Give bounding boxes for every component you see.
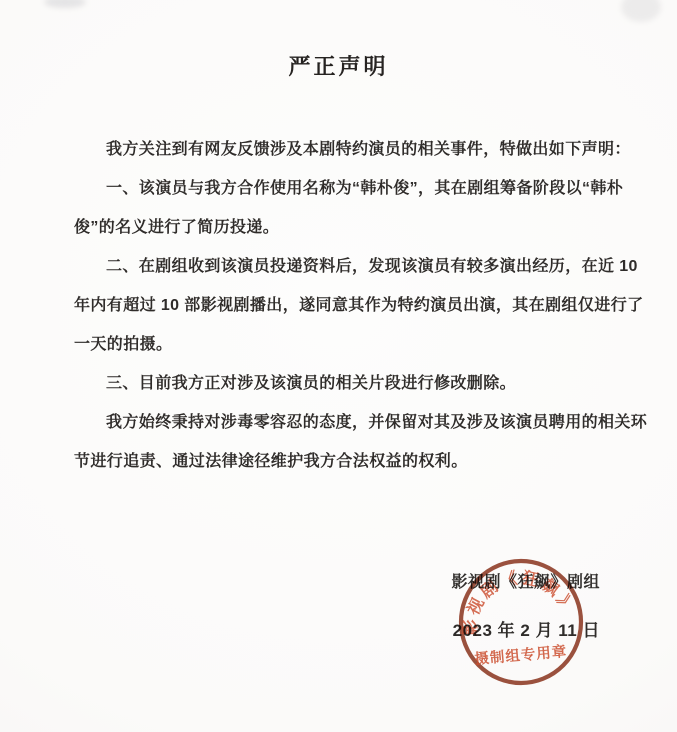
body-line-closing-a: 我方始终秉持对涉毒零容忍的态度，并保留对其及涉及该演员聘用的相关环 [74, 401, 614, 440]
body-line-point1-b: 俊”的名义进行了简历投递。 [74, 206, 614, 245]
body-line-point2-b: 年内有超过 10 部影视剧播出，遂同意其作为特约演员出演，其在剧组仅进行了 [74, 284, 614, 323]
production-crew-seal: 影视剧《狂飙》 摄制组专用章 [456, 557, 586, 687]
body-line-intro: 我方关注到有网友反馈涉及本剧特约演员的相关事件，特做出如下声明： [74, 128, 614, 167]
photo-smudge-top-left [44, 0, 86, 8]
photo-smudge-top-right [621, 0, 661, 22]
body-line-point3: 三、目前我方正对涉及该演员的相关片段进行修改删除。 [74, 362, 614, 401]
statement-document: 严正声明 我方关注到有网友反馈涉及本剧特约演员的相关事件，特做出如下声明： 一、… [0, 0, 677, 732]
seal-bottom-text: 摄制组专用章 [474, 642, 568, 668]
body-line-point2-a: 二、在剧组收到该演员投递资料后，发现该演员有较多演出经历，在近 10 [74, 245, 614, 284]
body-line-closing-b: 节进行追责、通过法律途径维护我方合法权益的权利。 [74, 440, 614, 479]
body-line-point2-c: 一天的拍摄。 [74, 323, 614, 362]
body-line-point1-a: 一、该演员与我方合作使用名称为“韩朴俊”，其在剧组筹备阶段以“韩朴 [74, 167, 614, 206]
document-body: 我方关注到有网友反馈涉及本剧特约演员的相关事件，特做出如下声明： 一、该演员与我… [74, 128, 614, 479]
document-title: 严正声明 [0, 50, 677, 81]
